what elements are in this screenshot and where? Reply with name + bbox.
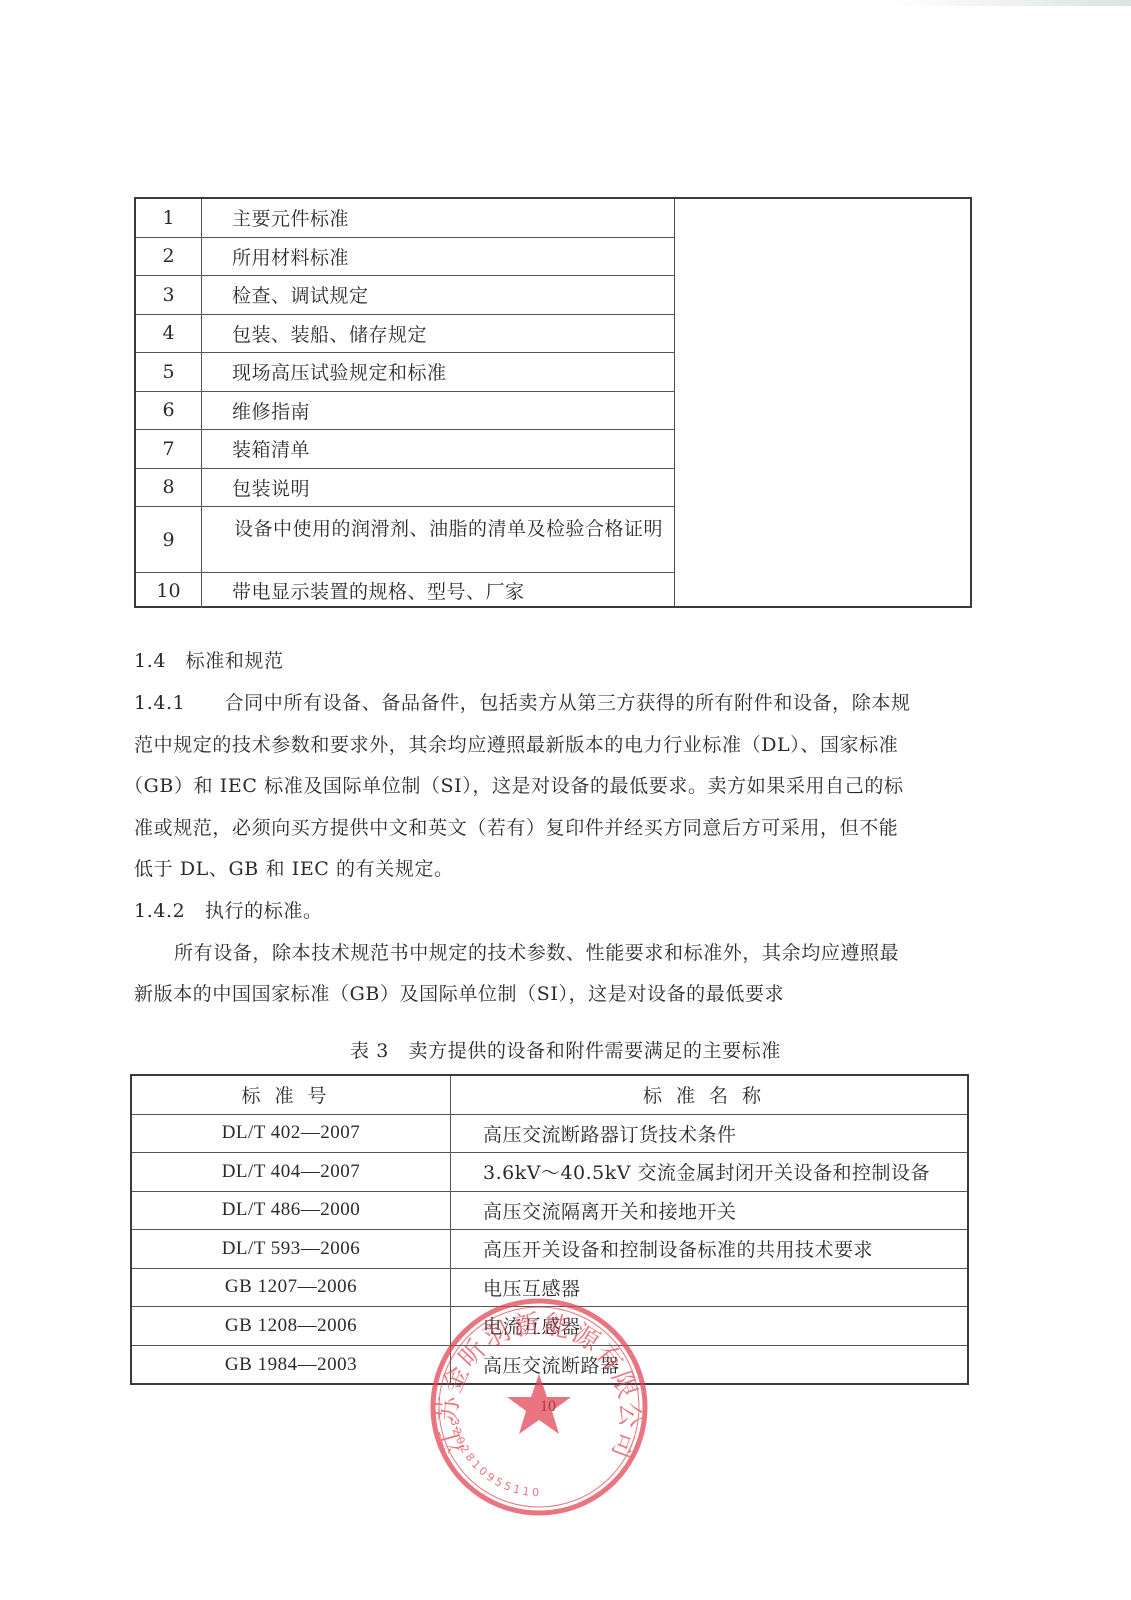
standard-code: GB 1208—2006 (132, 1307, 451, 1345)
row-text: 设备中使用的润滑剂、油脂的清单及检验合格证明 (202, 507, 674, 572)
row-number: 8 (136, 469, 202, 507)
table-row: 8包装说明 (136, 469, 674, 508)
standard-name: 电流互感器 (451, 1307, 967, 1345)
paragraph-line: 1.4.1 合同中所有设备、备品备件，包括卖方从第三方获得的所有附件和设备，除本… (134, 688, 911, 715)
paragraph-line: 低于 DL、GB 和 IEC 的有关规定。 (134, 854, 454, 881)
row-number: 7 (136, 430, 202, 468)
row-number: 1 (136, 199, 202, 237)
paragraph-line: 准或规范，必须向买方提供中文和英文（若有）复印件并经买方同意后方可采用，但不能 (134, 813, 898, 840)
table-row: 2所用材料标准 (136, 238, 674, 277)
table-row: 7装箱清单 (136, 430, 674, 469)
table-row: 10带电显示装置的规格、型号、厂家 (136, 573, 674, 608)
row-number: 4 (136, 315, 202, 353)
row-number: 2 (136, 238, 202, 276)
standard-code: GB 1984—2003 (132, 1346, 451, 1385)
row-text: 维修指南 (202, 392, 674, 430)
row-text: 包装说明 (202, 469, 674, 507)
scan-edge-artifact (891, 0, 1131, 6)
row-text: 所用材料标准 (202, 238, 674, 276)
paragraph-line: 新版本的中国国家标准（GB）及国际单位制（SI），这是对设备的最低要求 (134, 979, 784, 1006)
table-row: DL/T 402—2007高压交流断路器订货技术条件 (132, 1115, 967, 1154)
row-number: 10 (136, 573, 202, 608)
paragraph-line: （GB）和 IEC 标准及国际单位制（SI），这是对设备的最低要求。卖方如果采用… (124, 771, 904, 798)
table-row: DL/T 486—2000高压交流隔离开关和接地开关 (132, 1192, 967, 1231)
standard-code: DL/T 593—2006 (132, 1230, 451, 1268)
row-text: 装箱清单 (202, 430, 674, 468)
table-row: GB 1207—2006电压互感器 (132, 1269, 967, 1308)
standards-table: 标准号 标准名称 DL/T 402—2007高压交流断路器订货技术条件 DL/T… (130, 1074, 969, 1385)
table-row: 3检查、调试规定 (136, 276, 674, 315)
paragraph-line: 范中规定的技术参数和要求外，其余均应遵照最新版本的电力行业标准（DL）、国家标准 (134, 730, 898, 757)
paragraph-line: 所有设备，除本技术规范书中规定的技术参数、性能要求和标准外，其余均应遵照最 (174, 938, 899, 965)
table-row: GB 1208—2006电流互感器 (132, 1307, 967, 1346)
deliverables-table: 1主要元件标准 2所用材料标准 3检查、调试规定 4包装、装船、储存规定 5现场… (134, 197, 972, 608)
table-row: GB 1984—2003高压交流断路器 (132, 1346, 967, 1385)
table-row: DL/T 404—20073.6kV～40.5kV 交流金属封闭开关设备和控制设… (132, 1153, 967, 1192)
row-text: 包装、装船、储存规定 (202, 315, 674, 353)
table-row: 9设备中使用的润滑剂、油脂的清单及检验合格证明 (136, 507, 674, 573)
section-heading: 1.4 标准和规范 (134, 646, 284, 673)
svg-text:3202810955110: 3202810955110 (448, 1417, 543, 1499)
row-number: 5 (136, 353, 202, 391)
table-header-row: 标准号 标准名称 (132, 1076, 967, 1115)
header-standard-name: 标准名称 (451, 1076, 967, 1114)
standard-name: 3.6kV～40.5kV 交流金属封闭开关设备和控制设备 (451, 1153, 967, 1191)
standard-name: 高压交流断路器订货技术条件 (451, 1115, 967, 1153)
row-number: 3 (136, 276, 202, 314)
row-number: 6 (136, 392, 202, 430)
subsection-heading: 1.4.2 执行的标准。 (134, 896, 323, 923)
table-row: DL/T 593—2006高压开关设备和控制设备标准的共用技术要求 (132, 1230, 967, 1269)
deliverables-list-column: 1主要元件标准 2所用材料标准 3检查、调试规定 4包装、装船、储存规定 5现场… (136, 199, 675, 606)
standard-code: DL/T 486—2000 (132, 1192, 451, 1230)
standard-code: GB 1207—2006 (132, 1269, 451, 1307)
row-text: 主要元件标准 (202, 199, 674, 237)
standard-code: DL/T 402—2007 (132, 1115, 451, 1153)
row-text: 带电显示装置的规格、型号、厂家 (202, 573, 674, 608)
header-standard-code: 标准号 (132, 1076, 451, 1114)
row-number: 9 (136, 507, 202, 572)
document-page: 1主要元件标准 2所用材料标准 3检查、调试规定 4包装、装船、储存规定 5现场… (0, 0, 1131, 1600)
row-text: 现场高压试验规定和标准 (202, 353, 674, 391)
standard-name: 高压开关设备和控制设备标准的共用技术要求 (451, 1230, 967, 1268)
row-text: 检查、调试规定 (202, 276, 674, 314)
table-caption: 表 3 卖方提供的设备和附件需要满足的主要标准 (0, 1036, 1131, 1063)
table-row: 1主要元件标准 (136, 199, 674, 238)
table-row: 5现场高压试验规定和标准 (136, 353, 674, 392)
standard-name: 电压互感器 (451, 1269, 967, 1307)
standard-name: 高压交流断路器 (451, 1346, 967, 1385)
page-number: 10 (0, 1398, 1096, 1416)
table-row: 4包装、装船、储存规定 (136, 315, 674, 354)
standard-name: 高压交流隔离开关和接地开关 (451, 1192, 967, 1230)
deliverables-remarks-cell (675, 199, 970, 606)
standard-code: DL/T 404—2007 (132, 1153, 451, 1191)
table-row: 6维修指南 (136, 392, 674, 431)
